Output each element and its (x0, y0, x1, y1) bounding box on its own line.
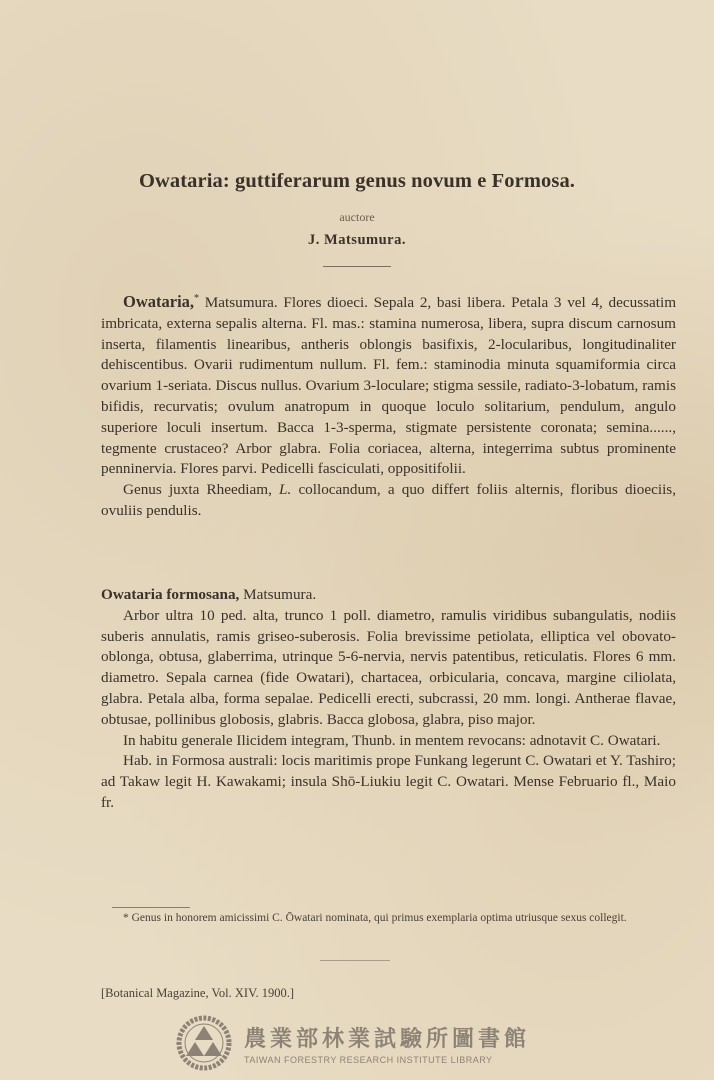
scanned-page: Owataria: guttiferarum genus novum e For… (0, 0, 714, 1080)
affinity-authority: L. (279, 481, 291, 498)
species-section: Owataria formosana, Matsumura. Arbor ult… (101, 585, 676, 814)
species-habitat: Hab. in Formosa australi: locis maritimi… (101, 751, 676, 813)
species-description: Arbor ultra 10 ped. alta, trunco 1 poll.… (101, 606, 676, 731)
genus-description: Owataria,* Matsumura. Flores dioeci. Sep… (101, 289, 676, 480)
genus-name: Owataria, (123, 292, 194, 311)
species-habitus: In habitu generale Ilicidem integram, Th… (101, 731, 676, 752)
title-divider (323, 266, 391, 267)
library-name-chinese: 農業部林業試驗所圖書館 (244, 1022, 530, 1053)
genus-authority: Matsumura. (205, 294, 278, 311)
auctore-label: auctore (0, 210, 714, 225)
library-seal-icon (176, 1015, 232, 1071)
article-title: Owataria: guttiferarum genus novum e For… (0, 170, 714, 193)
author-name: J. Matsumura. (0, 232, 714, 249)
journal-citation: [Botanical Magazine, Vol. XIV. 1900.] (101, 986, 294, 1001)
footnote-divider (112, 907, 190, 908)
footnote: * Genus in honorem amicissimi C. Ōwatari… (101, 910, 676, 927)
footnote-text: Genus in honorem amicissimi C. Ōwatari n… (129, 912, 627, 924)
species-name: Owataria formosana, (101, 586, 239, 603)
genus-description-text: Flores dioeci. Sepala 2, basi libera. Pe… (101, 294, 676, 477)
genus-affinity: Genus juxta Rheediam, L. collocandum, a … (101, 480, 676, 522)
genus-section: Owataria,* Matsumura. Flores dioeci. Sep… (101, 289, 676, 522)
species-authority: Matsumura. (239, 586, 316, 603)
footnote-marker: * (194, 293, 199, 304)
library-name: 農業部林業試驗所圖書館 TAIWAN FORESTRY RESEARCH INS… (244, 1022, 530, 1065)
library-name-english: TAIWAN FORESTRY RESEARCH INSTITUTE LIBRA… (244, 1055, 530, 1065)
species-heading: Owataria formosana, Matsumura. (101, 585, 676, 606)
affinity-text-1: Genus juxta Rheediam, (123, 481, 279, 498)
footnote-paragraph: * Genus in honorem amicissimi C. Ōwatari… (101, 910, 676, 927)
bottom-divider (320, 960, 390, 961)
library-watermark: 農業部林業試驗所圖書館 TAIWAN FORESTRY RESEARCH INS… (176, 1010, 546, 1076)
